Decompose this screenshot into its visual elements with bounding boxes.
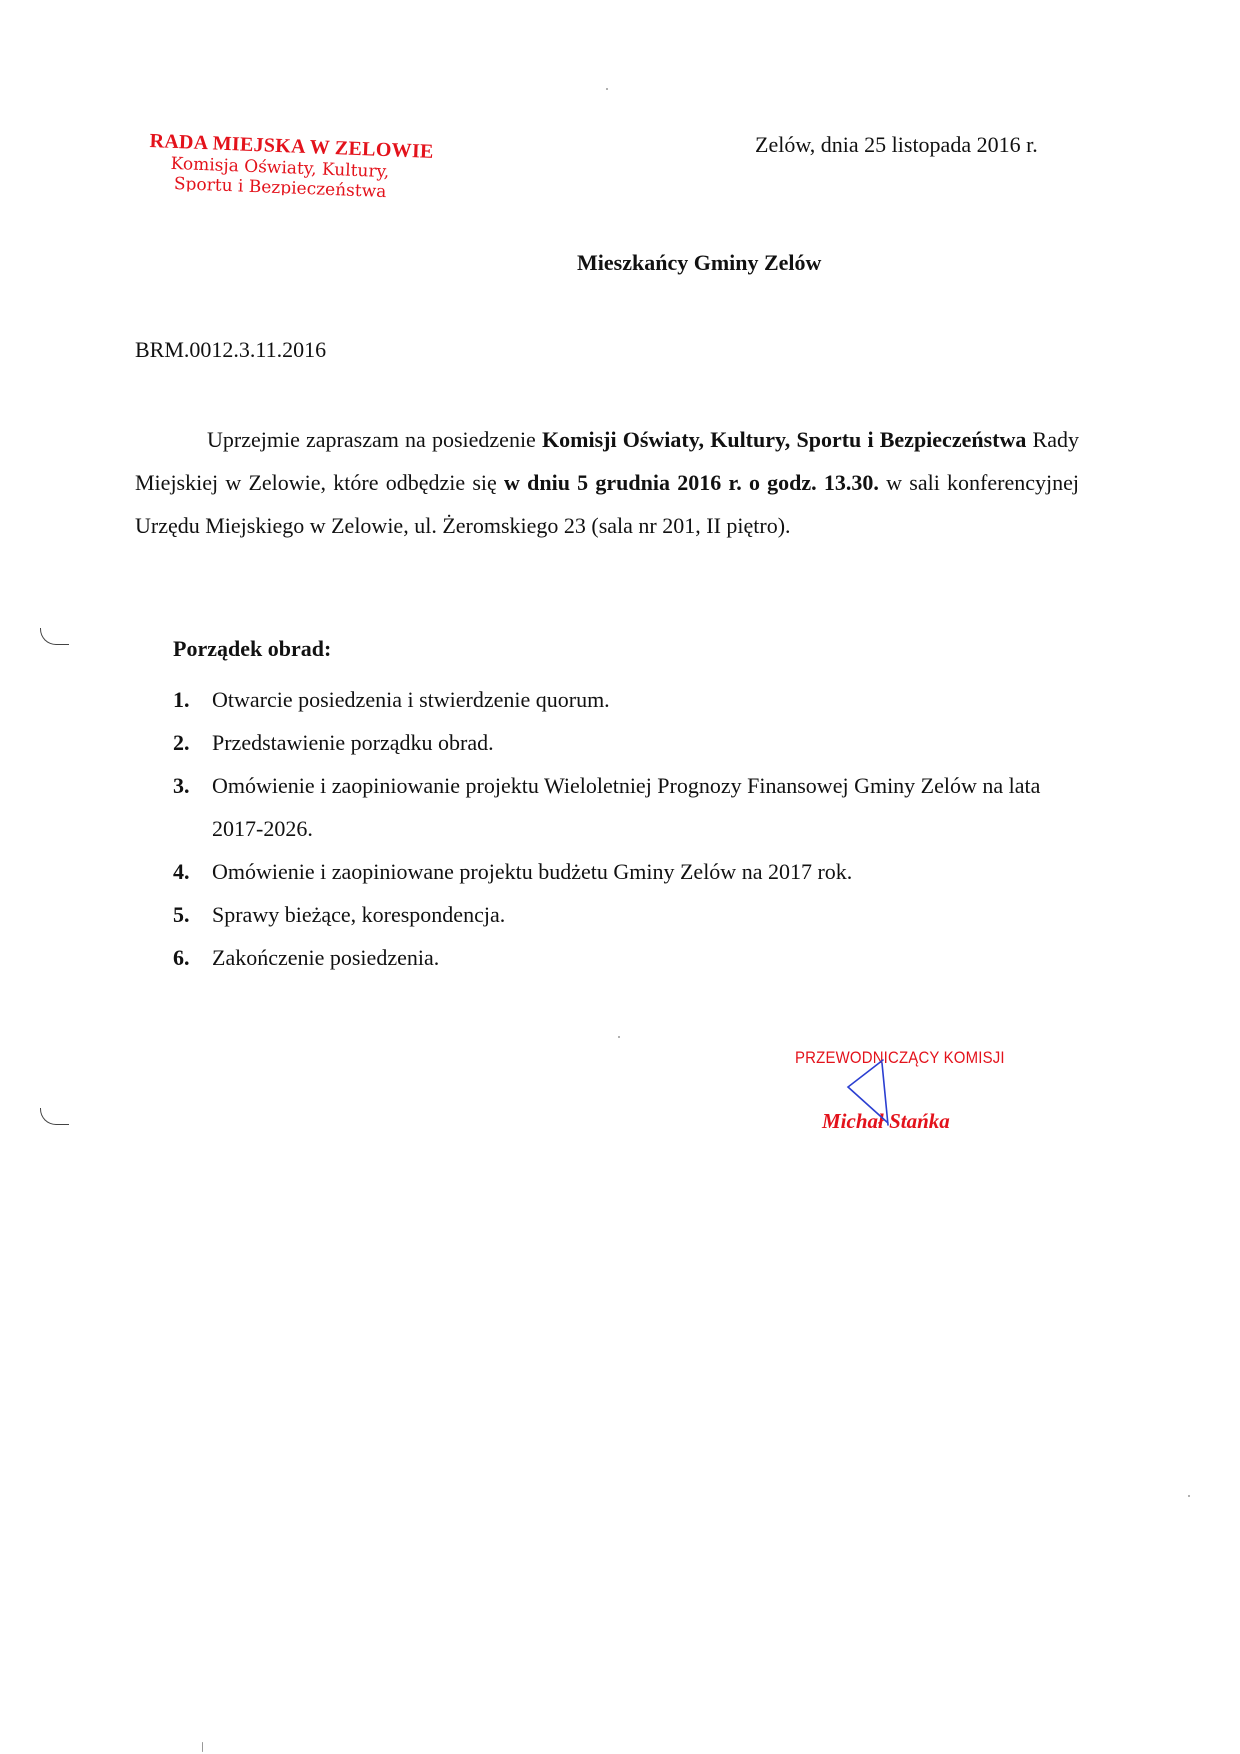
agenda-item-text: Sprawy bieżące, korespondencja. bbox=[212, 902, 505, 927]
scan-hole-mark bbox=[40, 1108, 69, 1125]
agenda-item: 5.Sprawy bieżące, korespondencja. bbox=[173, 893, 1073, 936]
agenda-title: Porządek obrad: bbox=[173, 636, 331, 662]
recipient: Mieszkańcy Gminy Zelów bbox=[577, 250, 821, 276]
agenda-item-text: Omówienie i zaopiniowanie projektu Wielo… bbox=[212, 773, 1040, 841]
agenda-item: 1.Otwarcie posiedzenia i stwierdzenie qu… bbox=[173, 678, 1073, 721]
agenda-item-number: 2. bbox=[173, 721, 190, 764]
invitation-paragraph: Uprzejmie zapraszam na posiedzenie Komis… bbox=[135, 418, 1079, 547]
agenda-item-text: Otwarcie posiedzenia i stwierdzenie quor… bbox=[212, 687, 610, 712]
scan-hole-mark bbox=[40, 628, 69, 645]
agenda-item-number: 6. bbox=[173, 936, 190, 979]
document-page: RADA MIEJSKA W ZELOWIE Komisja Oświaty, … bbox=[0, 0, 1240, 1754]
scan-speck bbox=[618, 1036, 620, 1038]
meeting-date-time: w dniu 5 grudnia 2016 r. o godz. 13.30. bbox=[504, 470, 879, 495]
agenda-list: 1.Otwarcie posiedzenia i stwierdzenie qu… bbox=[173, 678, 1073, 979]
agenda-item-text: Omówienie i zaopiniowane projektu budżet… bbox=[212, 859, 852, 884]
agenda-item-number: 5. bbox=[173, 893, 190, 936]
agenda-item-number: 4. bbox=[173, 850, 190, 893]
scan-speck bbox=[1188, 1495, 1190, 1497]
agenda-item: 6.Zakończenie posiedzenia. bbox=[173, 936, 1073, 979]
agenda-item: 4.Omówienie i zaopiniowane projektu budż… bbox=[173, 850, 1073, 893]
signatory-name: Michał Stańka bbox=[822, 1109, 950, 1134]
agenda-item-number: 1. bbox=[173, 678, 190, 721]
agenda-item: 2.Przedstawienie porządku obrad. bbox=[173, 721, 1073, 764]
invitation-text-1: Uprzejmie zapraszam na posiedzenie bbox=[207, 427, 542, 452]
scan-speck bbox=[630, 432, 632, 434]
agenda-item-text: Zakończenie posiedzenia. bbox=[212, 945, 439, 970]
council-stamp: RADA MIEJSKA W ZELOWIE Komisja Oświaty, … bbox=[148, 130, 434, 204]
agenda-item-text: Przedstawienie porządku obrad. bbox=[212, 730, 494, 755]
agenda-item: 3.Omówienie i zaopiniowanie projektu Wie… bbox=[173, 764, 1073, 850]
reference-number: BRM.0012.3.11.2016 bbox=[135, 337, 326, 363]
place-and-date: Zelów, dnia 25 listopada 2016 r. bbox=[755, 132, 1038, 158]
agenda-item-number: 3. bbox=[173, 764, 190, 807]
committee-name: Komisji Oświaty, Kultury, Sportu i Bezpi… bbox=[542, 427, 1026, 452]
scan-speck bbox=[606, 88, 608, 90]
signatory-title: PRZEWODNICZĄCY KOMISJI bbox=[795, 1048, 1005, 1068]
scan-speck bbox=[202, 1742, 203, 1752]
